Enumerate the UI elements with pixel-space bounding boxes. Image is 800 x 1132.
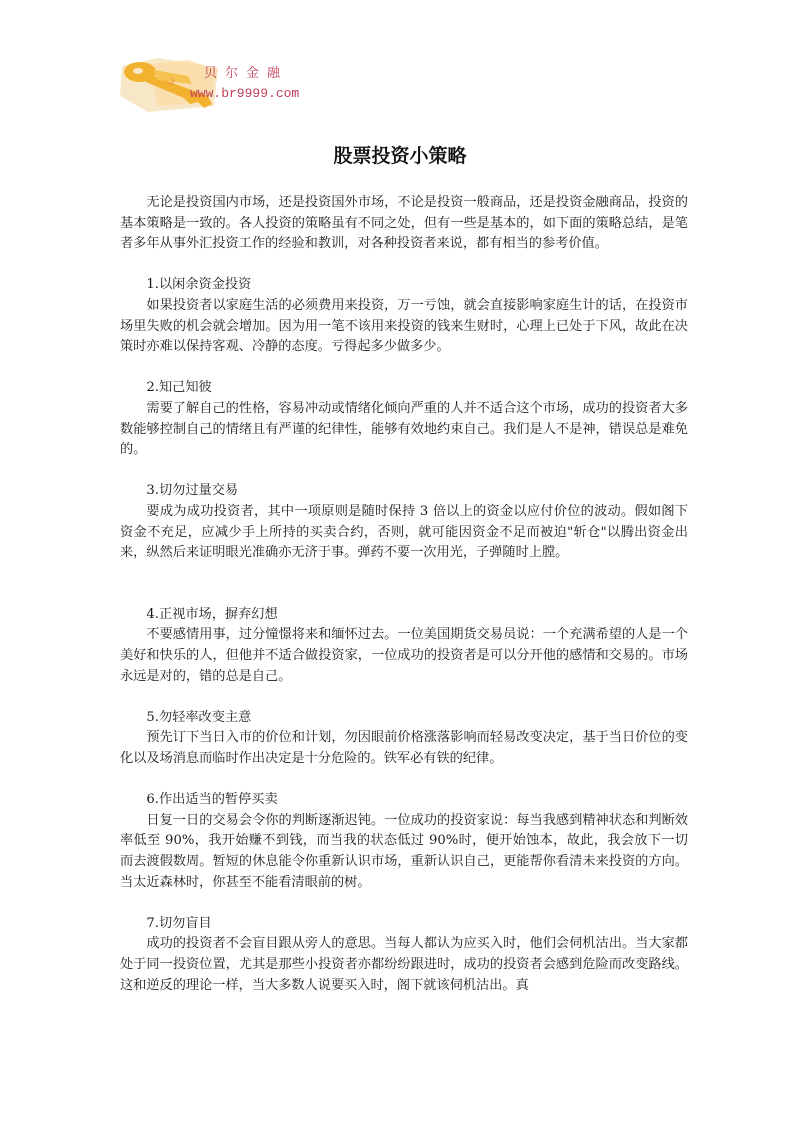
section-body: 成功的投资者不会盲目跟从旁人的意思。当每人都认为应买入时，他们会伺机沽出。当大家… xyxy=(120,934,688,996)
section-5: 5.勿轻率改变主意 预先订下当日入市的价位和计划，勿因眼前价格涨落影响而轻易改变… xyxy=(120,708,688,770)
section-title: 3.切勿过量交易 xyxy=(120,481,688,502)
section-body: 要成为成功投资者，其中一项原则是随时保持 3 倍以上的资金以应付价位的波动。假如… xyxy=(120,502,688,564)
section-4: 4.正视市场，摒弃幻想 不要感情用事，过分憧憬将来和缅怀过去。一位美国期货交易员… xyxy=(120,605,688,687)
section-title: 6.作出适当的暂停买卖 xyxy=(120,790,688,811)
section-title: 1.以闲余资金投资 xyxy=(120,275,688,296)
section-title: 5.勿轻率改变主意 xyxy=(120,708,688,729)
section-body: 不要感情用事，过分憧憬将来和缅怀过去。一位美国期货交易员说：一个充满希望的人是一… xyxy=(120,625,688,687)
document-body: 无论是投资国内市场，还是投资国外市场，不论是投资一般商品，还是投资金融商品，投资… xyxy=(120,193,688,996)
intro-paragraph: 无论是投资国内市场，还是投资国外市场，不论是投资一般商品，还是投资金融商品，投资… xyxy=(120,193,688,255)
section-2: 2.知己知彼 需要了解自己的性格，容易冲动或情绪化倾向严重的人并不适合这个市场，… xyxy=(120,378,688,460)
section-3: 3.切勿过量交易 要成为成功投资者，其中一项原则是随时保持 3 倍以上的资金以应… xyxy=(120,481,688,563)
section-1: 1.以闲余资金投资 如果投资者以家庭生活的必须费用来投资，万一亏蚀，就会直接影响… xyxy=(120,275,688,357)
logo-url: www.br9999.com xyxy=(190,86,299,101)
section-title: 2.知己知彼 xyxy=(120,378,688,399)
section-body: 预先订下当日入市的价位和计划，勿因眼前价格涨落影响而轻易改变决定，基于当日价位的… xyxy=(120,728,688,769)
logo: 3 贝尔金融 www.br9999.com xyxy=(118,56,318,112)
logo-name: 贝尔金融 xyxy=(204,62,288,81)
section-body: 如果投资者以家庭生活的必须费用来投资，万一亏蚀，就会直接影响家庭生计的话，在投资… xyxy=(120,296,688,358)
section-body: 日复一日的交易会令你的判断逐渐迟钝。一位成功的投资家说：每当我感到精神状态和判断… xyxy=(120,811,688,893)
section-title: 7.切勿盲目 xyxy=(120,914,688,935)
section-title: 4.正视市场，摒弃幻想 xyxy=(120,605,688,626)
document-title: 股票投资小策略 xyxy=(0,141,800,168)
section-7: 7.切勿盲目 成功的投资者不会盲目跟从旁人的意思。当每人都认为应买入时，他们会伺… xyxy=(120,914,688,996)
section-6: 6.作出适当的暂停买卖 日复一日的交易会令你的判断逐渐迟钝。一位成功的投资家说：… xyxy=(120,790,688,893)
section-body: 需要了解自己的性格，容易冲动或情绪化倾向严重的人并不适合这个市场，成功的投资者大… xyxy=(120,399,688,461)
